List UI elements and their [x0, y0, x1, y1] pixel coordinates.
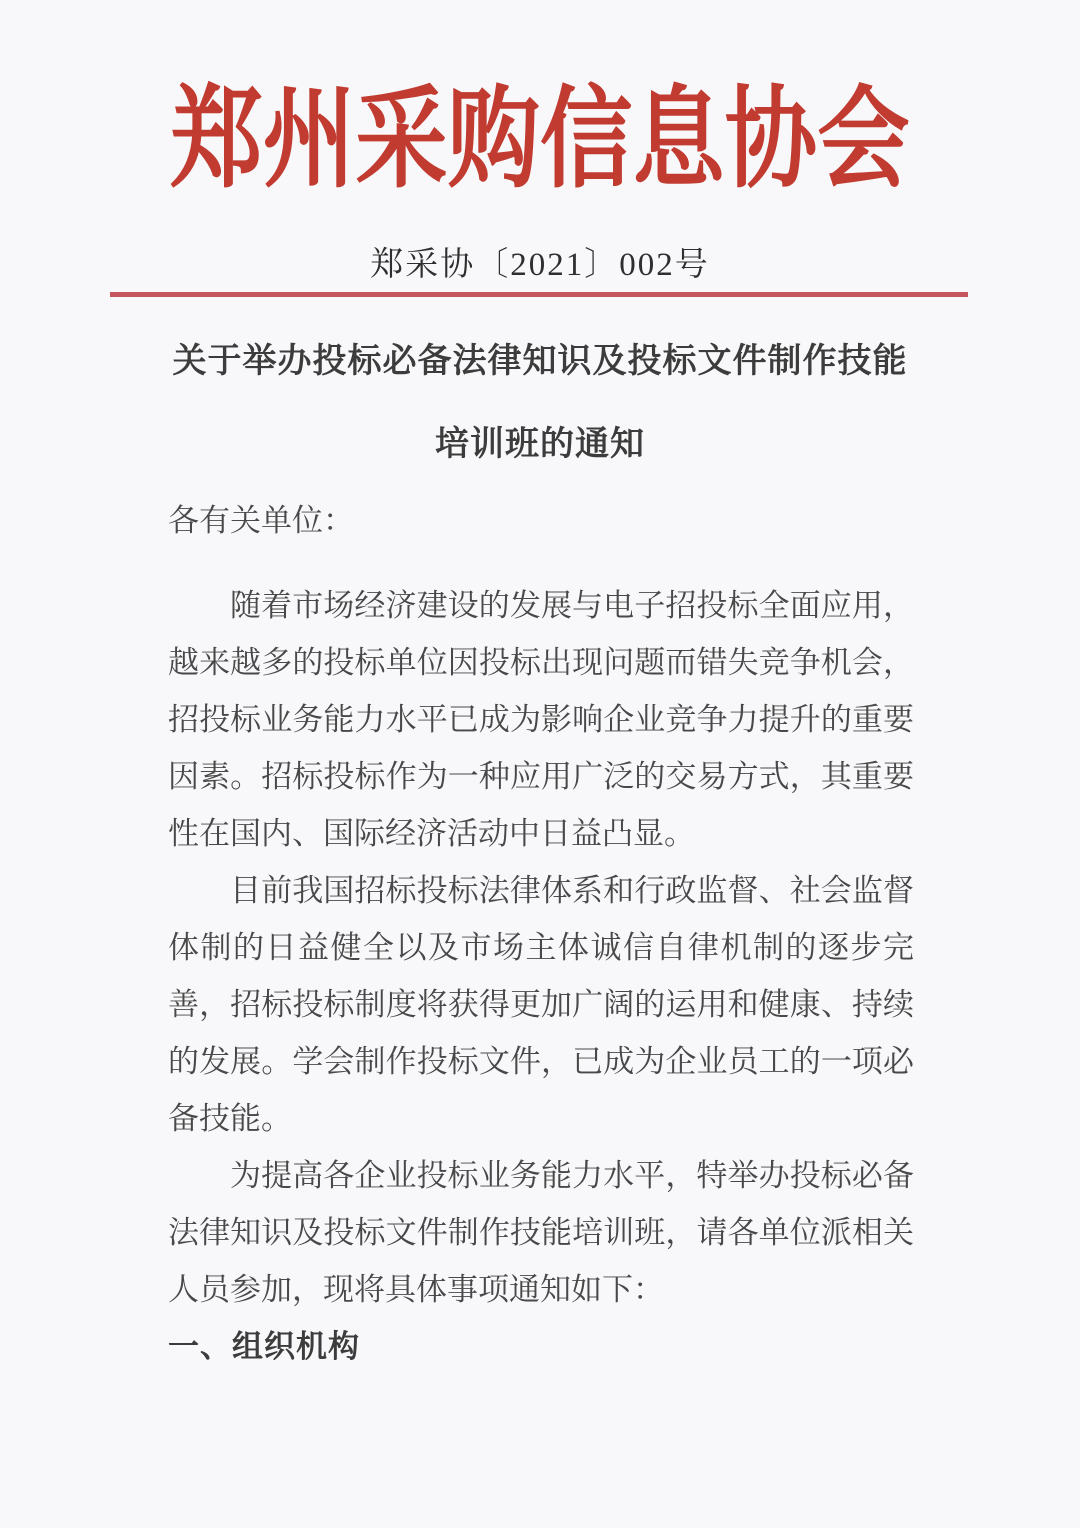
- notice-title-line1: 关于举办投标必备法律知识及投标文件制作技能: [0, 333, 1080, 382]
- document-page: 郑州采购信息协会 郑采协〔2021〕002号 关于举办投标必备法律知识及投标文件…: [0, 0, 1080, 1528]
- body-paragraph-3: 为提高各企业投标业务能力水平，特举办投标必备法律知识及投标文件制作技能培训班，请…: [168, 1147, 914, 1318]
- notice-body: 各有关单位： 随着市场经济建设的发展与电子招投标全面应用，越来越多的投标单位因投…: [168, 492, 914, 1375]
- body-paragraph-1: 随着市场经济建设的发展与电子招投标全面应用，越来越多的投标单位因投标出现问题而错…: [168, 577, 914, 862]
- section-heading-organization: 一、组织机构: [168, 1318, 914, 1375]
- doc-reference-number: 郑采协〔2021〕002号: [0, 238, 1080, 285]
- red-divider-rule: [110, 292, 968, 297]
- salutation: 各有关单位：: [168, 492, 914, 549]
- body-paragraph-2: 目前我国招标投标法律体系和行政监督、社会监督体制的日益健全以及市场主体诚信自律机…: [168, 862, 914, 1147]
- notice-title-line2: 培训班的通知: [0, 416, 1080, 465]
- org-masthead-title: 郑州采购信息协会: [86, 72, 993, 210]
